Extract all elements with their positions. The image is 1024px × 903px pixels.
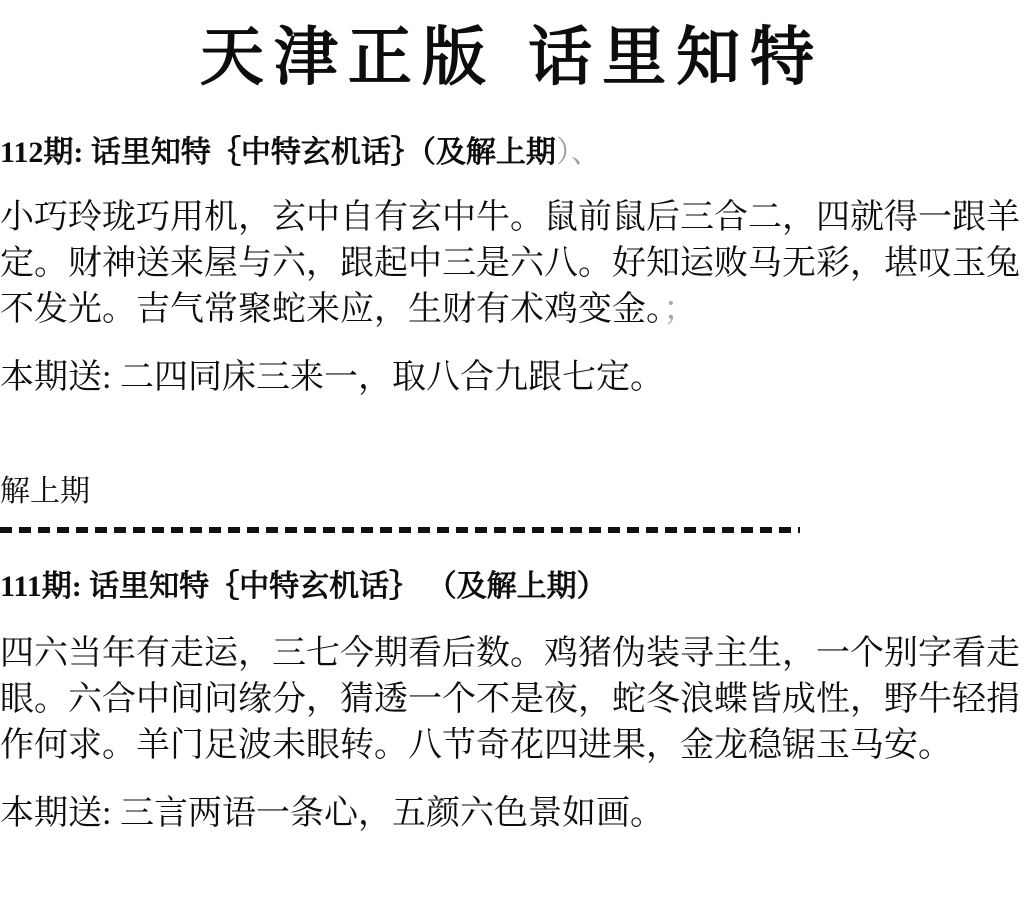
document-page: 天津正版 话里知特 112期: 话里知特｛中特玄机话｝（及解上期）、 小巧玲珑巧… xyxy=(0,0,1024,903)
issue-112-heading-tail: ）、 xyxy=(556,136,601,169)
issue-112-send-line: 本期送: 二四同床三来一，取八合九跟七定。 xyxy=(0,355,1024,401)
previous-issue-label: 解上期 xyxy=(0,473,1024,511)
issue-112-riddle-tail-mark: ； xyxy=(663,291,697,328)
issue-111-heading: 111期: 话里知特｛中特玄机话｝ （及解上期） xyxy=(0,567,1024,607)
issue-112-riddle-text: 小巧玲珑巧用机，玄中自有玄中牛。鼠前鼠后三合二，四就得一跟羊定。财神送来屋与六，… xyxy=(0,195,1024,333)
dashed-separator xyxy=(0,527,800,533)
page-title: 天津正版 话里知特 xyxy=(0,16,1024,99)
issue-111-send-line: 本期送: 三言两语一条心，五颜六色景如画。 xyxy=(0,791,1024,837)
issue-112-riddle-body: 小巧玲珑巧用机，玄中自有玄中牛。鼠前鼠后三合二，四就得一跟羊定。财神送来屋与六，… xyxy=(0,199,1020,328)
issue-112-heading-text: 112期: 话里知特｛中特玄机话｝（及解上期 xyxy=(0,136,556,169)
issue-112-heading: 112期: 话里知特｛中特玄机话｝（及解上期）、 xyxy=(0,133,1024,173)
issue-111-riddle-text: 四六当年有走运，三七今期看后数。鸡猪伪装寻主生，一个别字看走眼。六合中间问缘分，… xyxy=(0,631,1024,769)
